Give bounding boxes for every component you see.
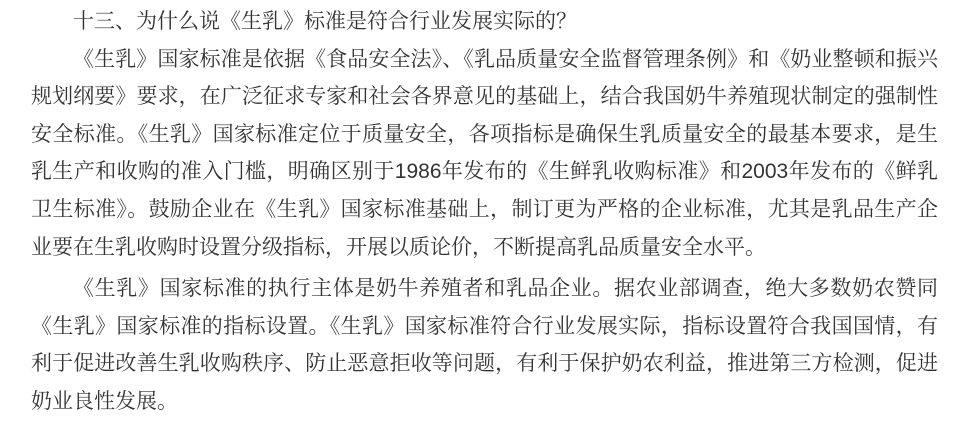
paragraph-implementation: 《生乳》国家标准的执行主体是奶牛养殖者和乳品企业。据农业部调查，绝大多数奶农赞同… bbox=[31, 270, 938, 420]
question-heading: 十三、为什么说《生乳》标准是符合行业发展实际的？ bbox=[31, 3, 938, 41]
document-page: 十三、为什么说《生乳》标准是符合行业发展实际的？ 《生乳》国家标准是依据《食品安… bbox=[0, 0, 976, 438]
paragraph-standard-basis: 《生乳》国家标准是依据《食品安全法》、《乳品质量安全监督管理条例》和《奶业整顿和… bbox=[31, 41, 938, 267]
